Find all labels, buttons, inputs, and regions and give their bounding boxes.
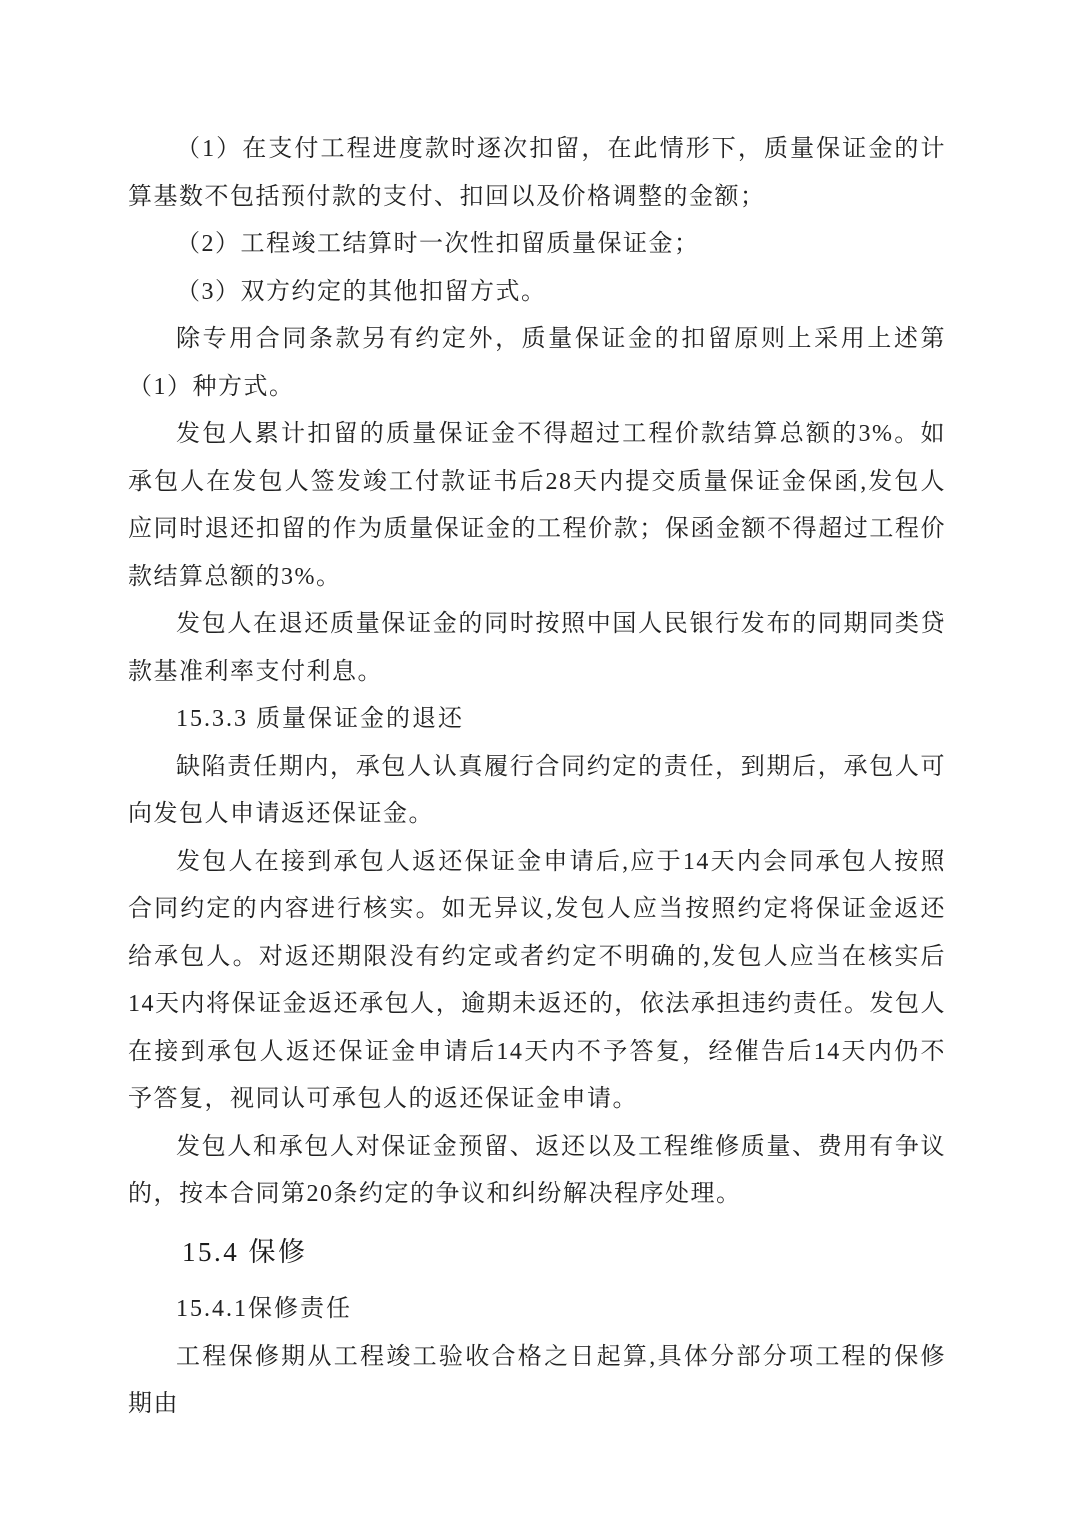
paragraph: 除专用合同条款另有约定外，质量保证金的扣留原则上采用上述第（1）种方式。 bbox=[128, 316, 946, 411]
paragraph: （3）双方约定的其他扣留方式。 bbox=[128, 269, 946, 317]
paragraph: 发包人在接到承包人返还保证金申请后,应于14天内会同承包人按照合同约定的内容进行… bbox=[128, 839, 946, 1124]
clause-heading: 15.3.3 质量保证金的退还 bbox=[128, 696, 946, 744]
paragraph: （2）工程竣工结算时一次性扣留质量保证金； bbox=[128, 221, 946, 269]
clause-heading: 15.4.1保修责任 bbox=[128, 1286, 946, 1334]
paragraph: 发包人在退还质量保证金的同时按照中国人民银行发布的同期同类贷款基准利率支付利息。 bbox=[128, 601, 946, 696]
paragraph: 缺陷责任期内，承包人认真履行合同约定的责任，到期后，承包人可向发包人申请返还保证… bbox=[128, 744, 946, 839]
paragraph: 工程保修期从工程竣工验收合格之日起算,具体分部分项工程的保修期由 bbox=[128, 1334, 946, 1429]
section-heading: 15.4 保修 bbox=[128, 1229, 946, 1277]
paragraph: 发包人累计扣留的质量保证金不得超过工程价款结算总额的3%。如承包人在发包人签发竣… bbox=[128, 411, 946, 601]
paragraph: 发包人和承包人对保证金预留、返还以及工程维修质量、费用有争议的，按本合同第20条… bbox=[128, 1124, 946, 1219]
document-page: （1）在支付工程进度款时逐次扣留，在此情形下，质量保证金的计算基数不包括预付款的… bbox=[0, 0, 1074, 1520]
paragraph: （1）在支付工程进度款时逐次扣留，在此情形下，质量保证金的计算基数不包括预付款的… bbox=[128, 126, 946, 221]
document-body: （1）在支付工程进度款时逐次扣留，在此情形下，质量保证金的计算基数不包括预付款的… bbox=[128, 126, 946, 1429]
